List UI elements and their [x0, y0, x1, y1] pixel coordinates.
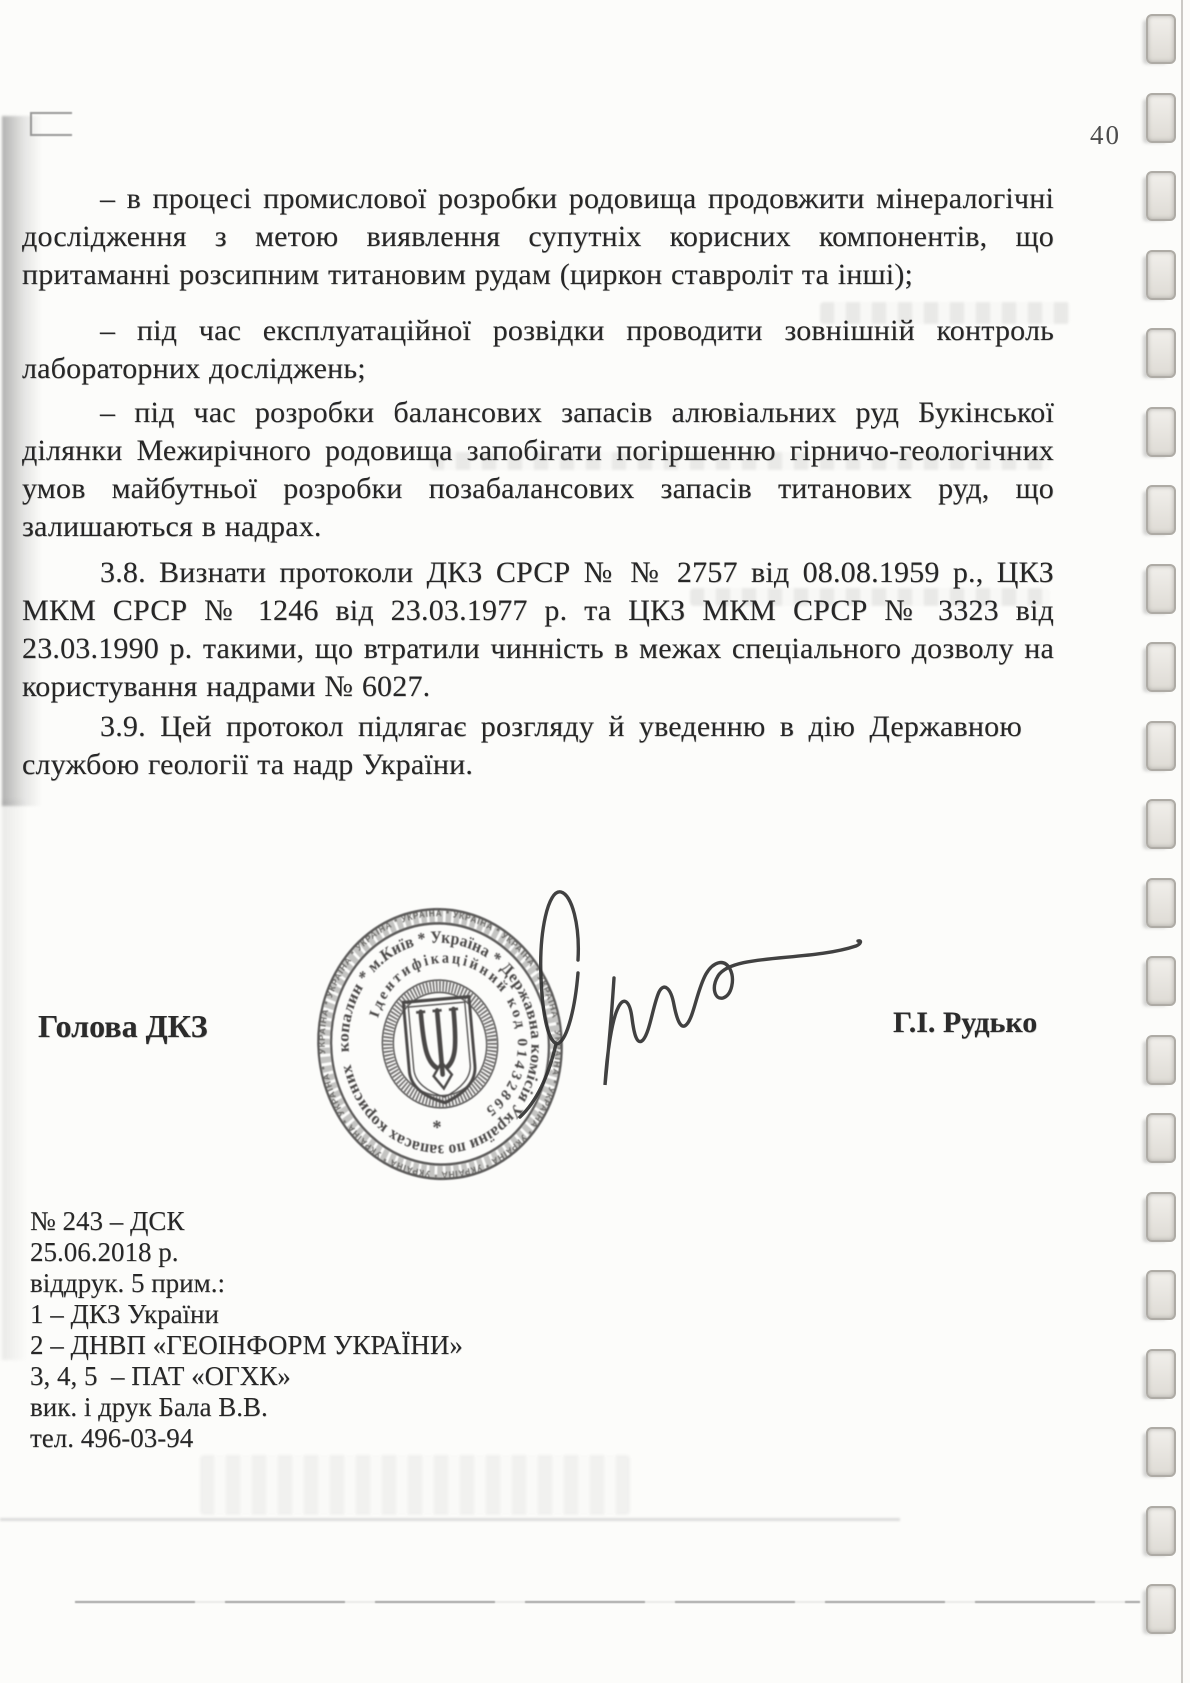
section-3-8: 3.8. Визнати протоколи ДКЗ СРСР № № 2757… [22, 554, 1054, 706]
scan-streak [75, 1601, 1140, 1603]
binder-hole [1146, 14, 1176, 64]
footer-copies-note: віддрук. 5 прим.: [30, 1268, 463, 1299]
section-3-9: 3.9. Цей протокол підлягає розгляду й ув… [22, 708, 1022, 784]
paragraph-balance-reserves: – під час розробки балансових запасів ал… [22, 394, 1054, 546]
binder-hole [1146, 1113, 1176, 1163]
binder-hole [1146, 1349, 1176, 1399]
signer-position-title: Голова ДКЗ [38, 1008, 208, 1045]
scan-streak [0, 1518, 900, 1521]
binder-hole [1146, 1506, 1176, 1556]
handwritten-signature [440, 840, 920, 1150]
binder-hole [1146, 328, 1176, 378]
binder-hole [1146, 485, 1176, 535]
binder-hole [1146, 878, 1176, 928]
footer-phone: тел. 496-03-94 [30, 1423, 463, 1454]
binder-hole [1146, 799, 1176, 849]
binder-hole [1146, 642, 1176, 692]
paper-edge-line [1181, 0, 1183, 1683]
footer-copy-3-4-5: 3, 4, 5 – ПАТ «ОГХК» [30, 1361, 463, 1392]
binder-hole [1146, 171, 1176, 221]
binder-hole [1146, 250, 1176, 300]
binder-hole [1146, 1584, 1176, 1634]
binder-hole [1146, 1035, 1176, 1085]
scan-shadow-left-lower [2, 800, 28, 1360]
binder-hole [1146, 1270, 1176, 1320]
scan-smudge [200, 1455, 630, 1515]
binder-hole [1146, 1192, 1176, 1242]
footer-date: 25.06.2018 р. [30, 1237, 463, 1268]
footer-copy-2: 2 – ДНВП «ГЕОІНФОРМ УКРАЇНИ» [30, 1330, 463, 1361]
footer-doc-number: № 243 – ДСК [30, 1206, 463, 1237]
binder-hole [1146, 407, 1176, 457]
binder-hole [1146, 1427, 1176, 1477]
binder-hole [1146, 564, 1176, 614]
page-number: 40 [1090, 120, 1121, 151]
footer-executor: вик. і друк Бала В.В. [30, 1392, 463, 1423]
document-footer: № 243 – ДСК 25.06.2018 р. віддрук. 5 при… [30, 1206, 463, 1454]
binder-hole [1146, 93, 1176, 143]
binder-hole [1146, 721, 1176, 771]
binder-hole [1146, 956, 1176, 1006]
paragraph-mineralogical-research: – в процесі промислової розробки родовищ… [22, 180, 1054, 294]
footer-copy-1: 1 – ДКЗ України [30, 1299, 463, 1330]
scan-corner-mark [30, 112, 72, 136]
paragraph-external-control: – під час експлуатаційної розвідки прово… [22, 312, 1054, 388]
